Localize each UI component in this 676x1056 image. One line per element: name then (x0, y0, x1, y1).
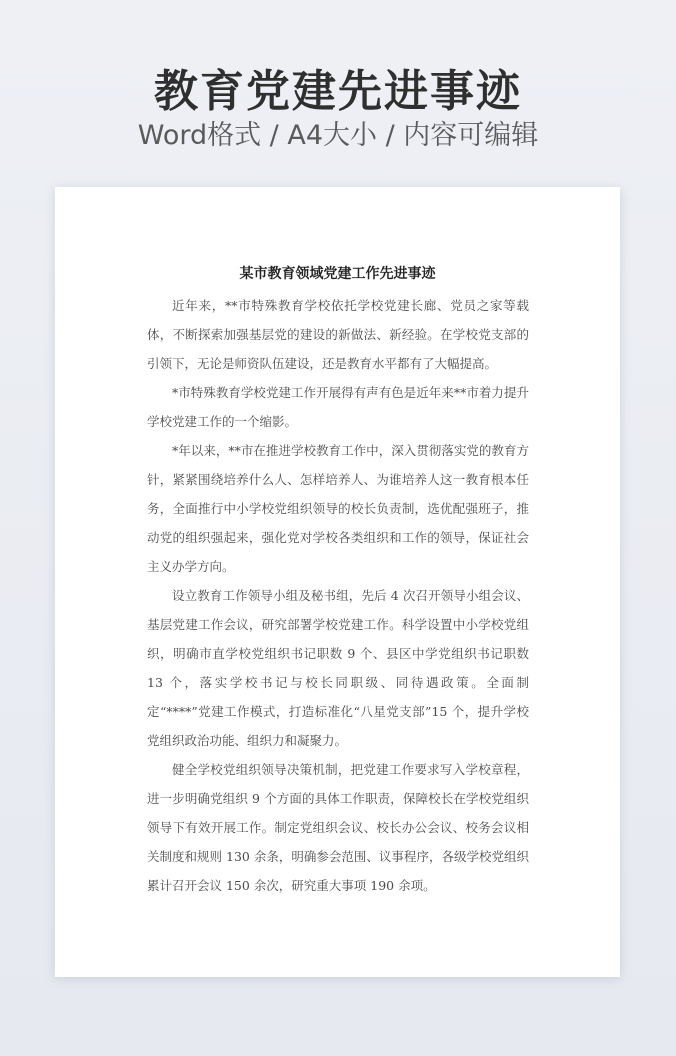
document-page: 某市教育领域党建工作先进事迹 近年来，**市特殊教育学校依托学校党建长廊、党员之… (55, 187, 620, 977)
paragraph: 设立教育工作领导小组及秘书组，先后 4 次召开领导小组会议、基层党建工作会议，研… (147, 581, 529, 755)
document-title: 某市教育领域党建工作先进事迹 (55, 263, 620, 285)
document-body: 近年来，**市特殊教育学校依托学校党建长廊、党员之家等载体，不断探索加强基层党的… (147, 291, 529, 900)
paragraph: 健全学校党组织领导决策机制，把党建工作要求写入学校章程，进一步明确党组织 9 个… (147, 755, 529, 900)
paragraph: 近年来，**市特殊教育学校依托学校党建长廊、党员之家等载体，不断探索加强基层党的… (147, 291, 529, 378)
paragraph: *市特殊教育学校党建工作开展得有声有色是近年来**市着力提升学校党建工作的一个缩… (147, 378, 529, 436)
promo-title: 教育党建先进事迹 (0, 62, 676, 122)
paragraph: *年以来，**市在推进学校教育工作中，深入贯彻落实党的教育方针，紧紧围绕培养什么… (147, 436, 529, 581)
promo-subtitle: Word格式 / A4大小 / 内容可编辑 (0, 118, 676, 154)
